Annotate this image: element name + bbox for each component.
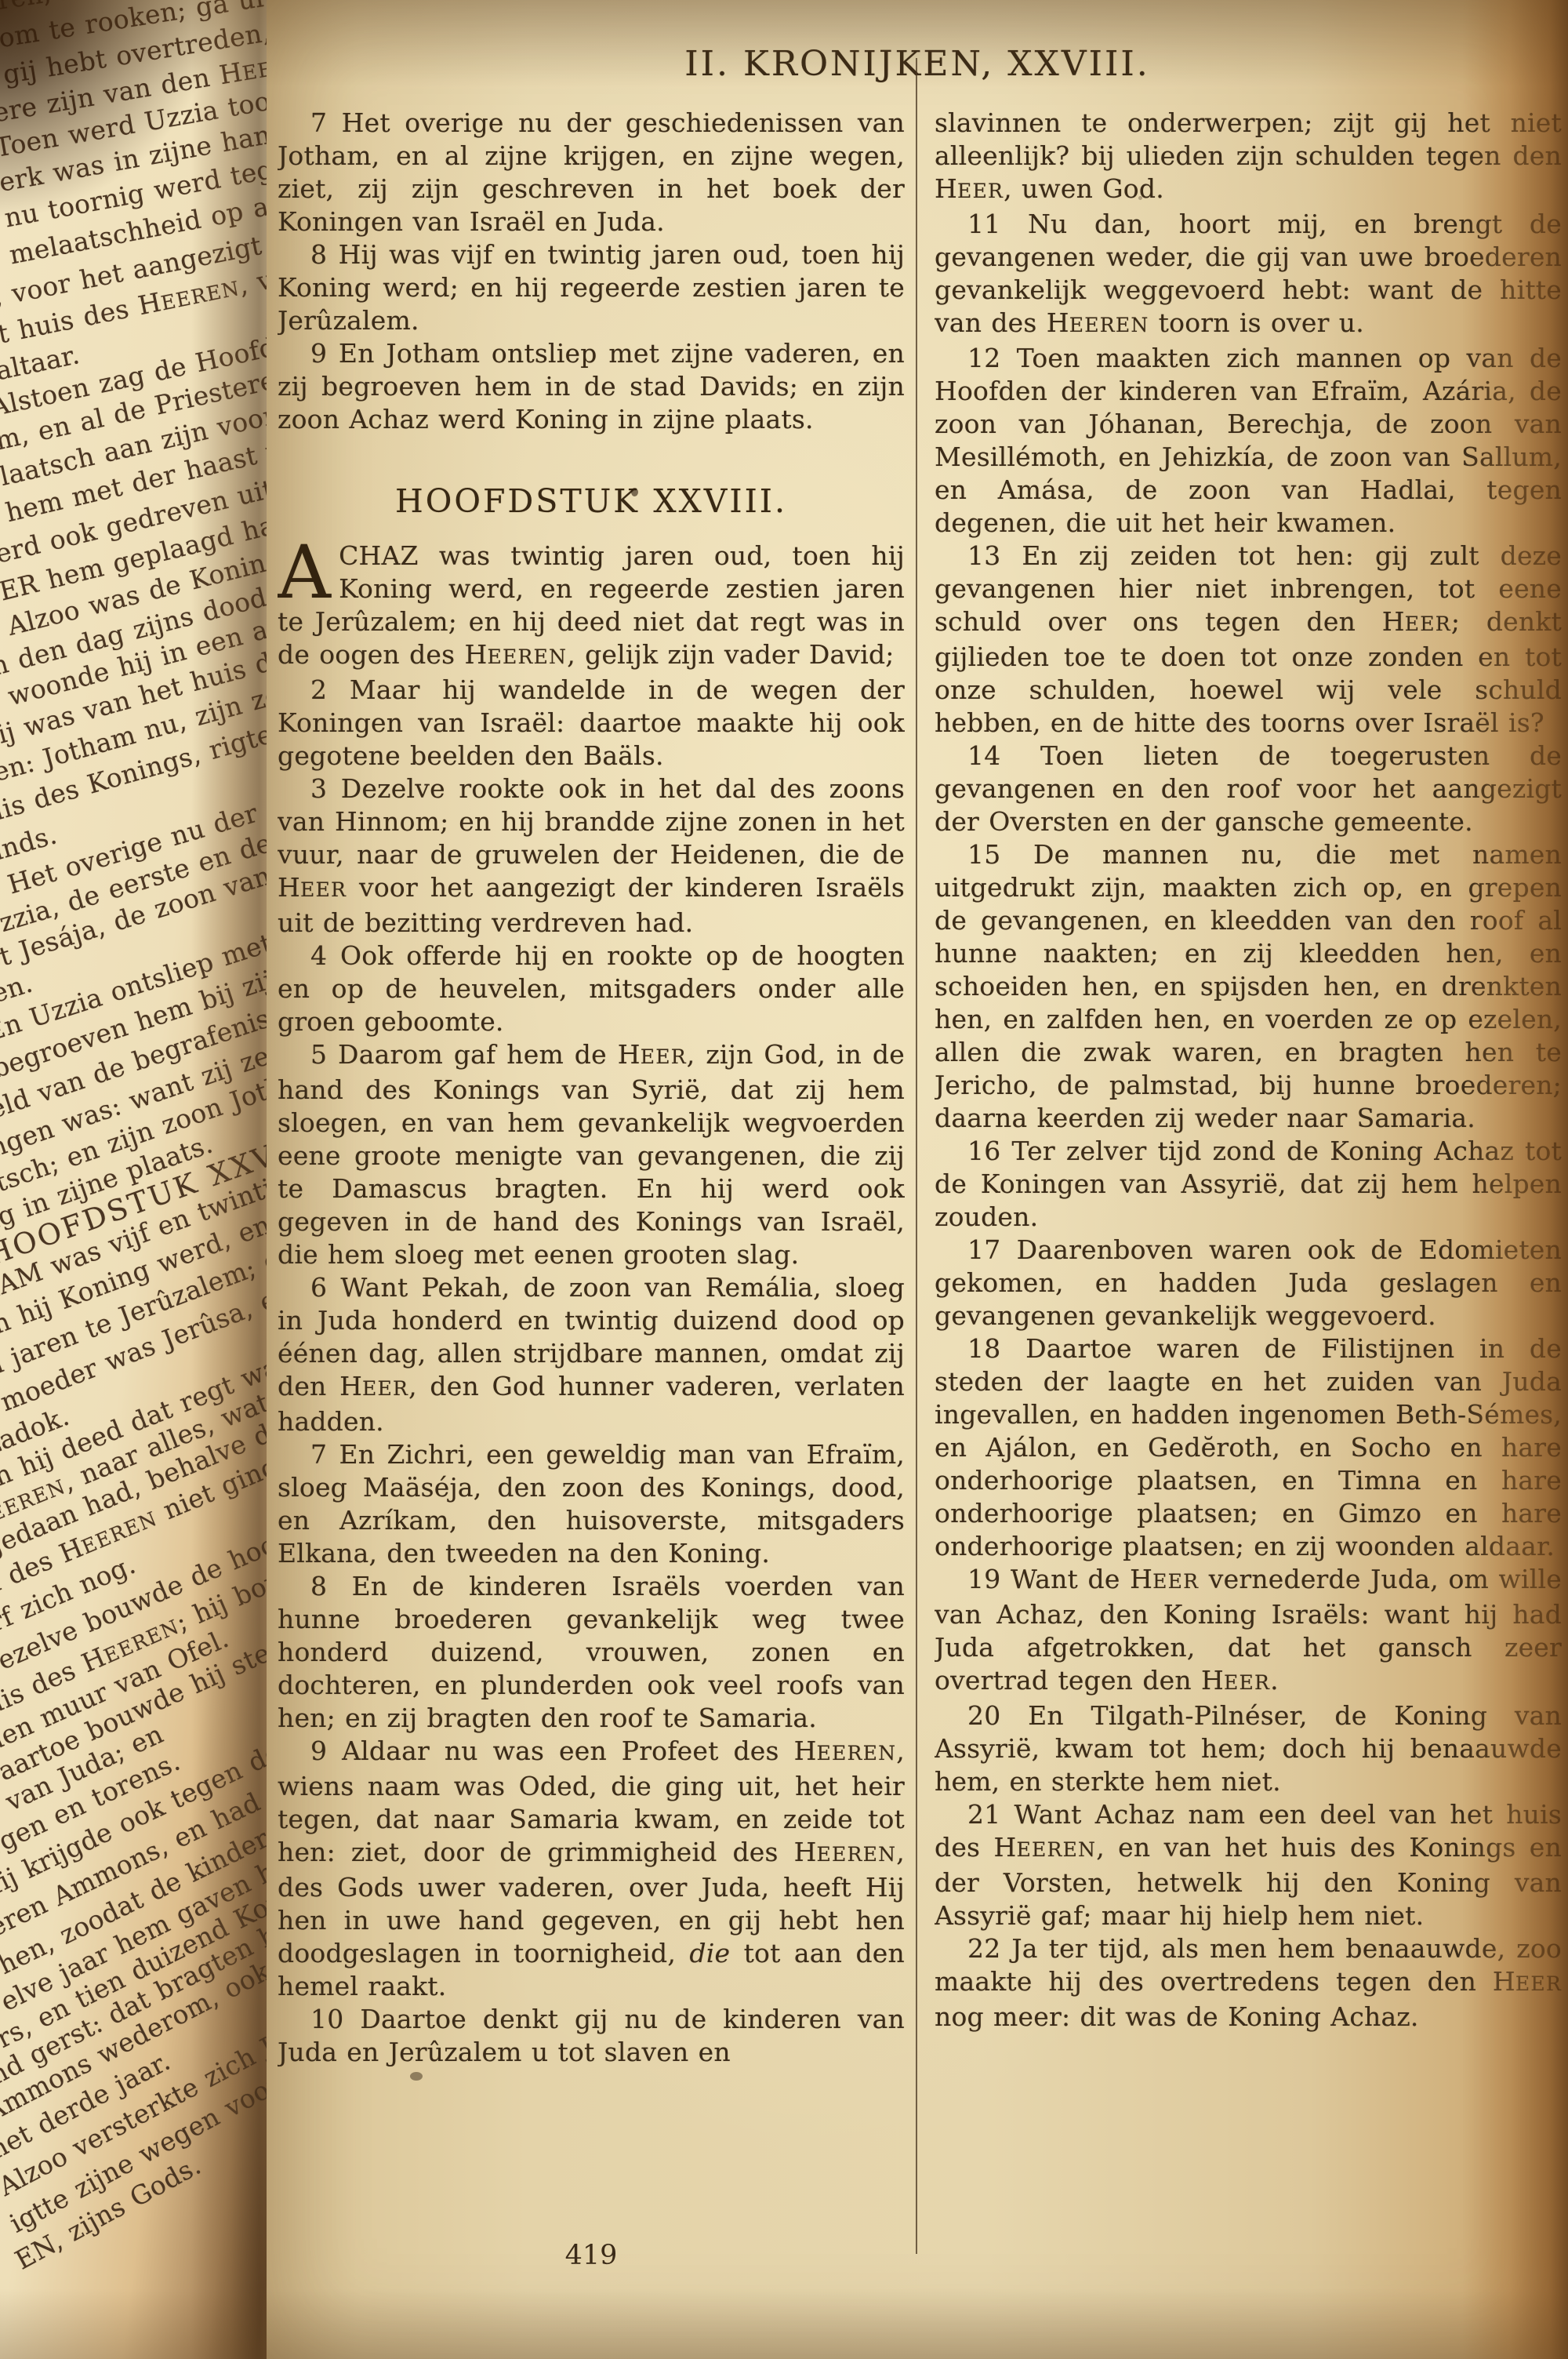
verse: 6 Want Pekah, de zoon van Remália, sloeg… (278, 1271, 905, 1438)
verse: 8 En de kinderen Israëls voerden van hun… (278, 1570, 905, 1735)
verse: 18 Daartoe waren de Filistijnen in de st… (935, 1332, 1562, 1563)
page-number: 419 (278, 2240, 905, 2271)
book-scan-page: teren, Aärons zone, om te rooken; ga uit… (0, 0, 1568, 2359)
chapter28-verses: ACHAZ was twintig jaren oud, toen hij Ko… (278, 540, 905, 2069)
left-text-column: 7 Het overige nu der geschiedenissen van… (278, 107, 905, 2069)
verse: 9 Aldaar nu was een Profeet des HEEREN, … (278, 1735, 905, 2003)
right-text-column: slavinnen te onderwerpen; zijt gij het n… (935, 107, 1562, 2034)
ink-speck (1138, 196, 1142, 200)
verse: 9 En Jotham ontsliep met zijne vaderen, … (278, 337, 905, 436)
verse: 10 Daartoe denkt gij nu de kinderen van … (278, 2003, 905, 2069)
previous-page-edge: teren, Aärons zone, om te rooken; ga uit… (0, 0, 267, 2359)
verse: slavinnen te onderwerpen; zijt gij het n… (935, 107, 1562, 208)
chapter27-verses: 7 Het overige nu der geschiedenissen van… (278, 107, 905, 436)
running-head: II. KRONIJKEN, XXVIII. (267, 44, 1568, 84)
verse: 22 Ja ter tijd, als men hem benaauwde, z… (935, 1932, 1562, 2034)
verse: 12 Toen maakten zich mannen op van de Ho… (935, 342, 1562, 540)
verse: 7 Het overige nu der geschiedenissen van… (278, 107, 905, 238)
verse: 16 Ter zelver tijd zond de Koning Achaz … (935, 1135, 1562, 1234)
verse: 5 Daarom gaf hem de HEER, zijn God, in d… (278, 1038, 905, 1271)
drop-cap: A (278, 540, 339, 604)
verse: 15 De mannen nu, die met namen uitgedruk… (935, 838, 1562, 1135)
verse: 21 Want Achaz nam een deel van het huis … (935, 1798, 1562, 1932)
chapter-heading: HOOFDSTUK XXVIII. (278, 485, 905, 518)
verse: 17 Daarenboven waren ook de Edomieten ge… (935, 1234, 1562, 1332)
verse: 4 Ook offerde hij en rookte op de hoogte… (278, 940, 905, 1038)
ink-speck (410, 2072, 423, 2081)
verse: ACHAZ was twintig jaren oud, toen hij Ko… (278, 540, 905, 674)
verse: 19 Want de HEER vernederde Juda, om will… (935, 1563, 1562, 1699)
verse: 7 En Zichri, een geweldig man van Efraïm… (278, 1438, 905, 1570)
verse: 20 En Tilgath-Pilnéser, de Koning van As… (935, 1699, 1562, 1798)
verse: 8 Hij was vijf en twintig jaren oud, toe… (278, 238, 905, 337)
verse: 2 Maar hij wandelde in de wegen der Koni… (278, 674, 905, 772)
verse: 13 En zij zeiden tot hen: gij zult deze … (935, 540, 1562, 740)
ink-speck (631, 488, 638, 496)
column-divider-rule (916, 58, 917, 2254)
verse: 11 Nu dan, hoort mij, en brengt de gevan… (935, 208, 1562, 342)
verse: 3 Dezelve rookte ook in het dal des zoon… (278, 772, 905, 940)
verse: 14 Toen lieten de toegerusten de gevange… (935, 740, 1562, 838)
